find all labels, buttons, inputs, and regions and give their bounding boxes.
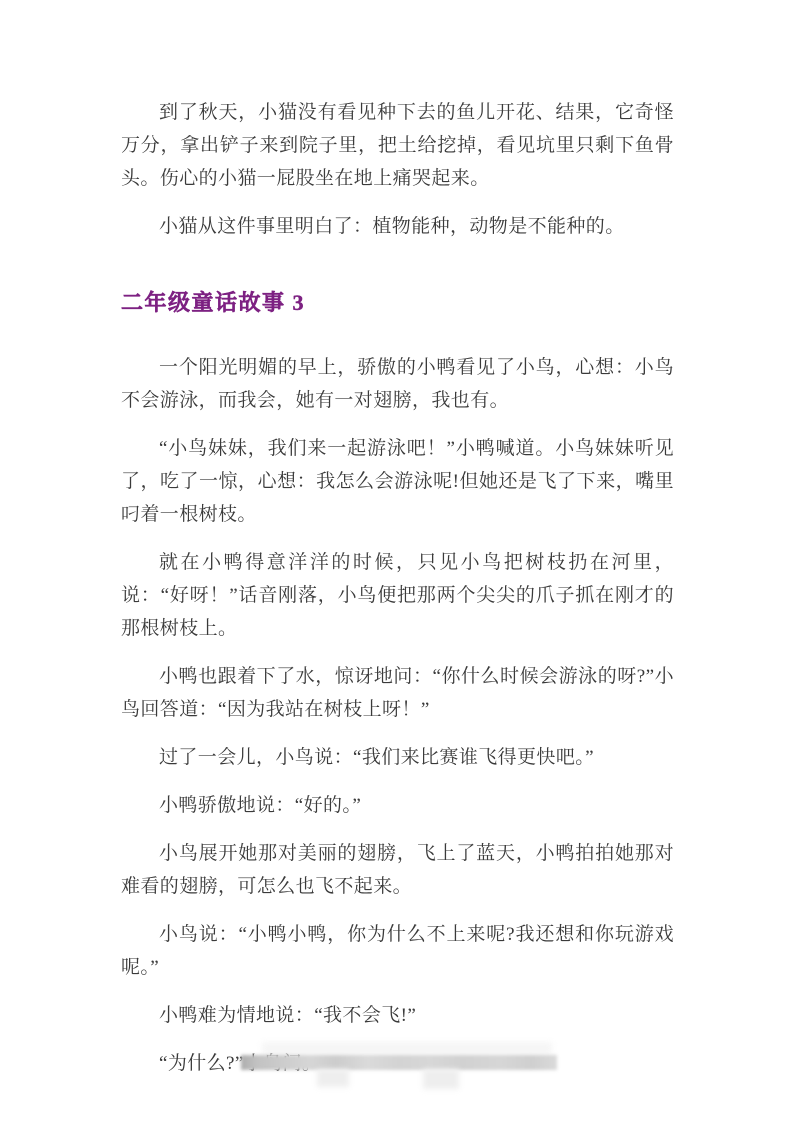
story-paragraph: 一个阳光明媚的早上，骄傲的小鸭看见了小鸟，心想：小鸟不会游泳，而我会，她有一对翅… <box>121 351 674 417</box>
blurred-watermark-smudge <box>317 1069 349 1087</box>
blurred-watermark-smudge <box>423 1069 459 1089</box>
story-paragraphs: 一个阳光明媚的早上，骄傲的小鸭看见了小鸟，心想：小鸟不会游泳，而我会，她有一对翅… <box>121 351 674 1080</box>
document-page: 到了秋天，小猫没有看见种下去的鱼儿开花、结果，它奇怪万分，拿出铲子来到院子里，把… <box>0 0 793 1122</box>
blurred-watermark <box>241 1055 557 1070</box>
story-paragraph: 小鸟说：“小鸭小鸭，你为什么不上来呢?我还想和你玩游戏呢。” <box>121 918 674 984</box>
story-paragraph: 就在小鸭得意洋洋的时候，只见小鸟把树枝扔在河里，说：“好呀！”话音刚落，小鸟便把… <box>121 546 674 645</box>
story-paragraph: “小鸟妹妹，我们来一起游泳吧！”小鸭喊道。小鸟妹妹听见了，吃了一惊，心想：我怎么… <box>121 432 674 531</box>
document-content: 到了秋天，小猫没有看见种下去的鱼儿开花、结果，它奇怪万分，拿出铲子来到院子里，把… <box>121 96 674 1095</box>
story-paragraph: 小鸟展开她那对美丽的翅膀，飞上了蓝天，小鸭拍拍她那对难看的翅膀，可怎么也飞不起来… <box>121 837 674 903</box>
story-paragraph: 小鸭也跟着下了水，惊讶地问：“你什么时候会游泳的呀?”小鸟回答道：“因为我站在树… <box>121 660 674 726</box>
story-paragraph: 小鸭骄傲地说：“好的。” <box>121 789 674 822</box>
story-paragraph: 过了一会儿，小鸟说：“我们来比赛谁飞得更快吧。” <box>121 741 674 774</box>
story-paragraph: 到了秋天，小猫没有看见种下去的鱼儿开花、结果，它奇怪万分，拿出铲子来到院子里，把… <box>121 96 674 195</box>
story-paragraph: 小鸭难为情地说：“我不会飞!” <box>121 999 674 1032</box>
blurred-watermark-halo <box>262 1042 552 1055</box>
section-heading: 二年级童话故事 3 <box>121 289 674 317</box>
story-paragraph: 小猫从这件事里明白了：植物能种，动物是不能种的。 <box>121 210 674 243</box>
intro-paragraphs: 到了秋天，小猫没有看见种下去的鱼儿开花、结果，它奇怪万分，拿出铲子来到院子里，把… <box>121 96 674 243</box>
